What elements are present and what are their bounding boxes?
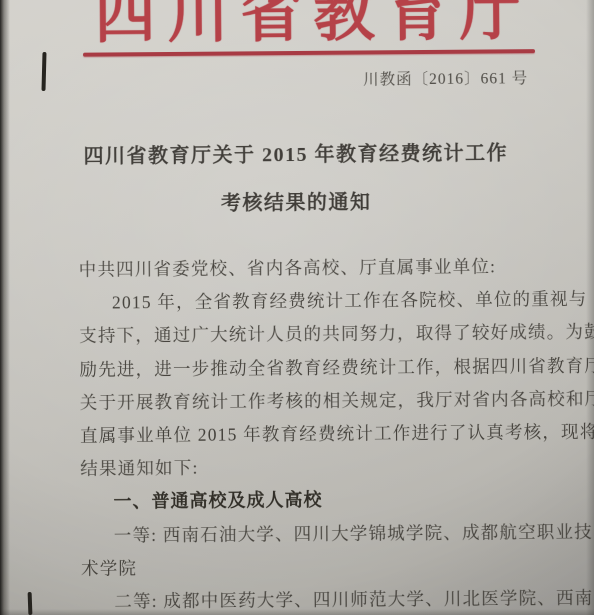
document-sheet: 四川省教育厅 川教函〔2016〕661 号 四川省教育厅关于 2015 年教育经… bbox=[0, 0, 594, 615]
document-photo: 四川省教育厅 川教函〔2016〕661 号 四川省教育厅关于 2015 年教育经… bbox=[0, 0, 594, 615]
body-line: 关于开展教育统计工作考核的相关规定，我厅对省内各高校和厅 bbox=[80, 383, 569, 420]
section-heading: 一、普通高校及成人高校 bbox=[80, 482, 569, 519]
photo-edge-bottom bbox=[0, 609, 594, 615]
body-line: 支持下，通过广大统计人员的共同努力，取得了较好成绩。为鼓 bbox=[79, 316, 568, 353]
document-number: 川教函〔2016〕661 号 bbox=[363, 66, 528, 89]
body-line: 术学院 bbox=[81, 549, 570, 586]
notice-body: 中共四川省委党校、省内各高校、厅直属事业单位: 2015 年，全省教育经费统计工… bbox=[79, 250, 571, 615]
notice-title-line1: 四川省教育厅关于 2015 年教育经费统计工作 bbox=[0, 136, 593, 170]
body-line: 2015 年，全省教育经费统计工作在各院校、单位的重视与 bbox=[79, 283, 568, 320]
letterhead-rule bbox=[83, 49, 535, 56]
body-line: 直属事业单位 2015 年教育经费统计工作进行了认真考核，现将 bbox=[80, 416, 569, 453]
binding-mark-bottom bbox=[28, 592, 33, 615]
letterhead-title: 四川省教育厅 bbox=[94, 0, 532, 48]
body-line-salutation: 中共四川省委党校、省内各高校、厅直属事业单位: bbox=[79, 250, 568, 287]
body-line: 一等: 西南石油大学、四川大学锦城学院、成都航空职业技 bbox=[81, 515, 570, 552]
notice-title-line2: 考核结果的通知 bbox=[0, 184, 593, 218]
body-line: 励先进，进一步推动全省教育经费统计工作，根据四川省教育厅 bbox=[79, 349, 568, 386]
photo-edge-right bbox=[586, 0, 594, 615]
body-line: 结果通知如下: bbox=[80, 449, 569, 486]
photo-edge-left bbox=[0, 0, 10, 615]
